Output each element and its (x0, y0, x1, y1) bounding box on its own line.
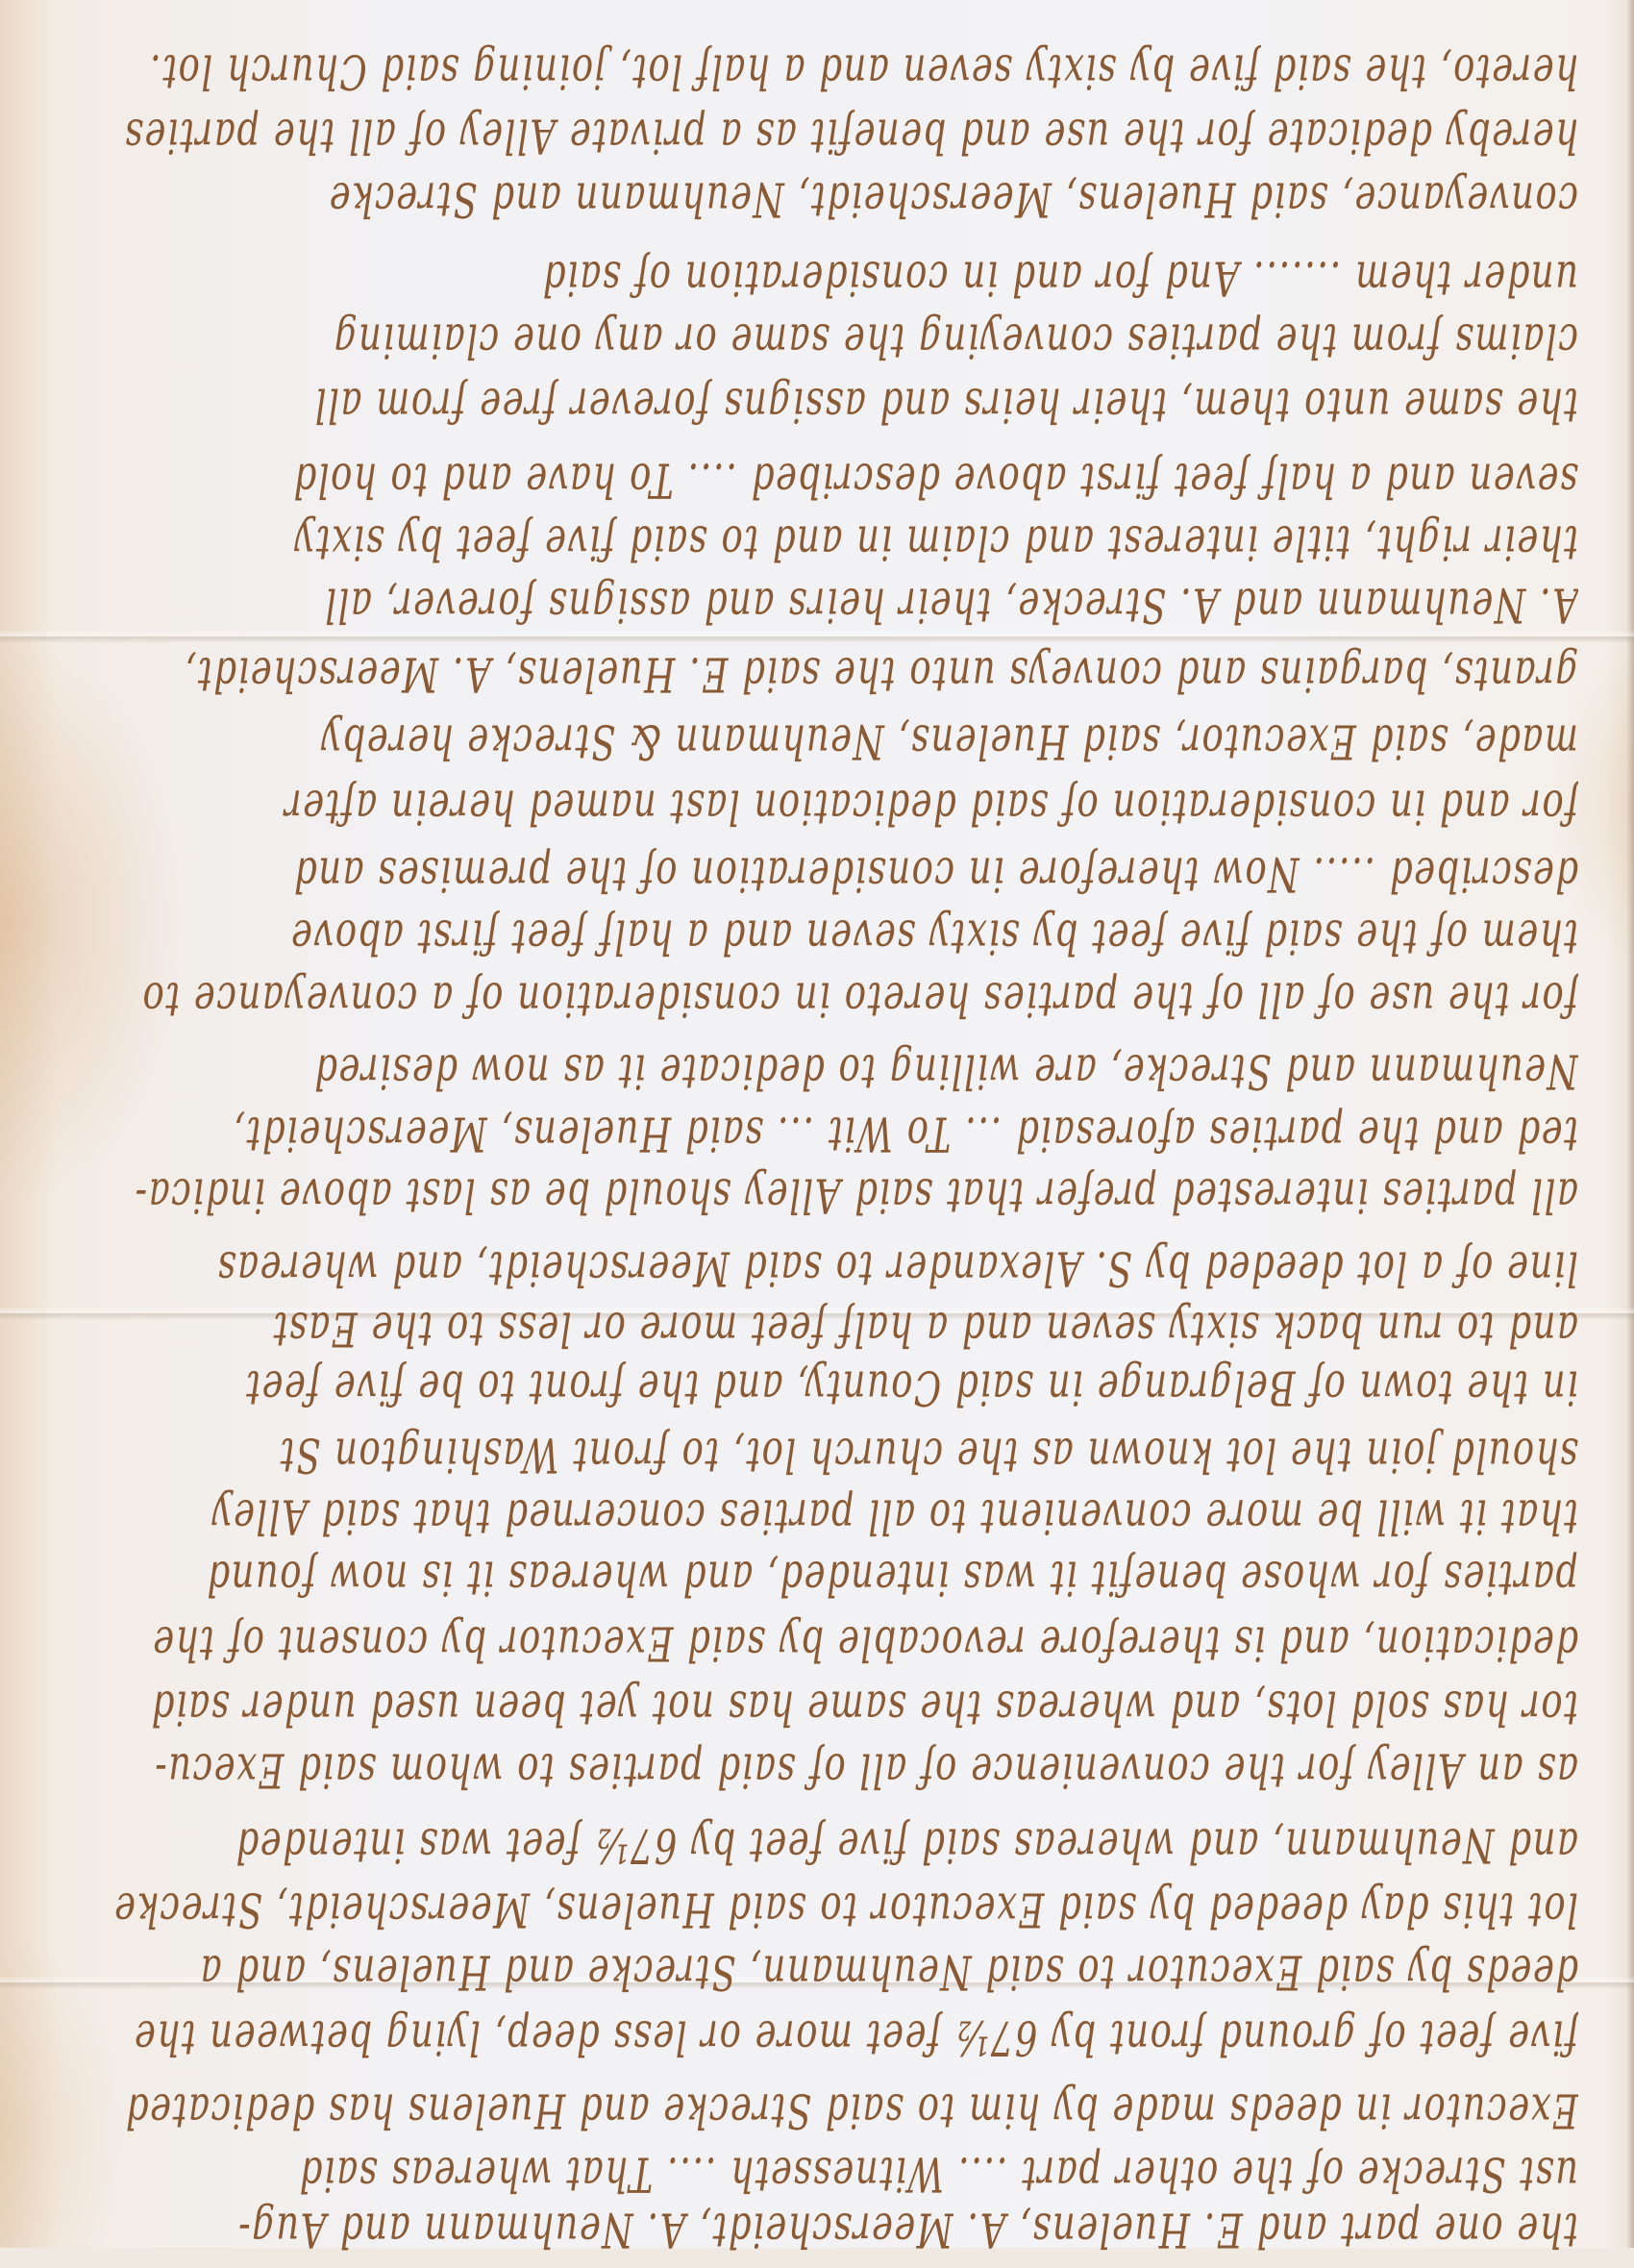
text-line: under them ....... And for and in consid… (67, 238, 1578, 316)
text-line: Executor in deeds made by him to said St… (67, 2071, 1578, 2149)
text-line: should join the lot known as the church … (67, 1415, 1578, 1493)
text-line: grants, bargains and conveys unto the sa… (67, 635, 1578, 712)
text-line: and Neuhmann, and whereas said five feet… (67, 1806, 1578, 1883)
text-line: described ..... Now therefore in conside… (67, 835, 1578, 912)
paper-edge-shadow (1626, 0, 1634, 2248)
text-line: seven and a half feet first above descri… (67, 440, 1578, 518)
text-line: hereto, the said five by sixty seven and… (67, 32, 1578, 110)
deed-page: the one part and E. Huelens, A. Meersche… (0, 0, 1634, 2248)
text-line: line of a lot deeded by S. Alexander to … (67, 1229, 1578, 1307)
text-line: made, said Executor, said Huelens, Neuhm… (67, 702, 1578, 780)
text-line: Neuhmann and Strecke, are willing to ded… (67, 1032, 1578, 1109)
